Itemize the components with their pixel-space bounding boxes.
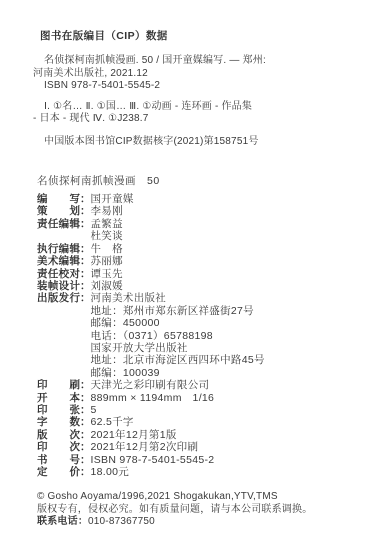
spacer xyxy=(33,126,347,136)
row-value: 谭玉先 xyxy=(91,268,123,280)
row-colon: ： xyxy=(80,292,91,304)
row-label: 编写 xyxy=(37,193,80,205)
row-label: 执行编辑 xyxy=(37,243,80,255)
row-value: 邮编：450000 xyxy=(91,317,160,329)
row-value: 2021年12月第2次印刷 xyxy=(91,441,199,453)
row-value: 孟繁益 xyxy=(91,218,123,230)
row-label: 字数 xyxy=(37,416,80,428)
row-value: 889mm × 1194mm 1/16 xyxy=(91,392,215,404)
row-value: ISBN 978-7-5401-5545-2 xyxy=(91,454,215,466)
row-value: 18.00元 xyxy=(91,466,130,478)
row-value: 62.5千字 xyxy=(91,416,134,428)
contact-line: 联系电话：010-87367750 xyxy=(37,516,375,529)
cip-line: - 日本 - 现代 Ⅳ. ①J238.7 xyxy=(33,113,347,125)
colophon-row: 定价 ： 18.00元 xyxy=(37,466,355,478)
row-colon: ： xyxy=(80,404,91,416)
row-colon: ： xyxy=(80,429,91,441)
row-label: 装帧设计 xyxy=(37,280,80,292)
cip-block: 图书在版编目（CIP）数据 名侦探柯南抓帧漫画. 50 / 国开童媒编写. — … xyxy=(33,30,347,148)
row-value: 5 xyxy=(91,404,97,416)
colophon-row: 书号 ： ISBN 978-7-5401-5545-2 xyxy=(37,454,355,466)
colophon-row: ： 杜笑谈 xyxy=(37,230,355,242)
row-value: 天津光之彩印刷有限公司 xyxy=(91,379,210,391)
row-value: 2021年12月第1版 xyxy=(91,429,177,441)
row-label: 印次 xyxy=(37,441,80,453)
row-label: 版次 xyxy=(37,429,80,441)
row-colon: ： xyxy=(80,379,91,391)
row-colon: ： xyxy=(80,205,91,217)
colophon-row: 印次 ： 2021年12月第2次印刷 xyxy=(37,441,355,453)
colophon-row: ： 邮编：100039 xyxy=(37,367,355,379)
colophon-row: 编写 ： 国开童媒 xyxy=(37,193,355,205)
colophon-row: 开本 ： 889mm × 1194mm 1/16 xyxy=(37,392,355,404)
row-colon: ： xyxy=(80,441,91,453)
row-label: 美术编辑 xyxy=(37,255,80,267)
row-value: 电话：（0371）65788198 xyxy=(91,330,213,342)
row-label: 策划 xyxy=(37,205,80,217)
row-colon: ： xyxy=(80,280,91,292)
row-colon: ： xyxy=(80,392,91,404)
colophon-row: 执行编辑 ： 牛 格 xyxy=(37,243,355,255)
row-value: 刘淑媛 xyxy=(91,280,123,292)
row-value: 牛 格 xyxy=(91,243,123,255)
colophon-row: 印刷 ： 天津光之彩印刷有限公司 xyxy=(37,379,355,391)
book-title: 名侦探柯南抓帧漫画 50 xyxy=(37,175,355,187)
colophon-row: 美术编辑 ： 苏丽娜 xyxy=(37,255,355,267)
colophon-row: 印张 ： 5 xyxy=(37,404,355,416)
colophon-rows: 编写 ： 国开童媒 策划 ： 李易刚 责任编辑 ： 孟繁益 ： 杜笑谈 执行编辑… xyxy=(37,193,355,478)
row-value: 邮编：100039 xyxy=(91,367,160,379)
row-colon: ： xyxy=(80,243,91,255)
colophon-row: 装帧设计 ： 刘淑媛 xyxy=(37,280,355,292)
row-value: 杜笑谈 xyxy=(91,230,123,242)
row-label: 出版发行 xyxy=(37,292,80,304)
row-label: 印刷 xyxy=(37,379,80,391)
colophon-row: ： 电话：（0371）65788198 xyxy=(37,330,355,342)
copyright-line: © Gosho Aoyama/1996,2021 Shogakukan,YTV,… xyxy=(37,491,375,504)
notice-line: 版权专有，侵权必究。如有质量问题，请与本公司联系调换。 xyxy=(37,504,375,517)
colophon-row: 责任校对 ： 谭玉先 xyxy=(37,268,355,280)
row-colon: ： xyxy=(80,193,91,205)
row-colon: ： xyxy=(80,454,91,466)
row-colon: ： xyxy=(80,268,91,280)
copyright-page: 图书在版编目（CIP）数据 名侦探柯南抓帧漫画. 50 / 国开童媒编写. — … xyxy=(0,0,375,529)
row-colon: ： xyxy=(80,255,91,267)
row-label: 印张 xyxy=(37,404,80,416)
colophon-row: 版次 ： 2021年12月第1版 xyxy=(37,429,355,441)
colophon-row: 出版发行 ： 河南美术出版社 xyxy=(37,292,355,304)
row-value: 李易刚 xyxy=(91,205,123,217)
row-value: 地址：北京市海淀区西四环中路45号 xyxy=(91,354,265,366)
colophon-block: 名侦探柯南抓帧漫画 50 编写 ： 国开童媒 策划 ： 李易刚 责任编辑 ： 孟… xyxy=(37,175,355,478)
spacer xyxy=(33,92,347,101)
colophon-row: ： 国家开放大学出版社 xyxy=(37,342,355,354)
contact-number: 010-87367750 xyxy=(88,516,155,527)
footer-block: © Gosho Aoyama/1996,2021 Shogakukan,YTV,… xyxy=(37,491,375,529)
row-value: 河南美术出版社 xyxy=(91,292,167,304)
row-colon: ： xyxy=(80,466,91,478)
row-colon: ： xyxy=(80,416,91,428)
row-value: 苏丽娜 xyxy=(91,255,123,267)
row-value: 地址：郑州市郑东新区祥盛街27号 xyxy=(91,305,254,317)
cip-line: Ⅰ. ①名… Ⅱ. ①国… Ⅲ. ①动画 - 连环画 - 作品集 xyxy=(33,101,347,113)
colophon-row: ： 地址：北京市海淀区西四环中路45号 xyxy=(37,354,355,366)
row-label: 开本 xyxy=(37,392,80,404)
cip-header: 图书在版编目（CIP）数据 xyxy=(40,30,347,42)
cip-line: ISBN 978-7-5401-5545-2 xyxy=(33,80,347,92)
colophon-row: ： 地址：郑州市郑东新区祥盛街27号 xyxy=(37,305,355,317)
row-value: 国家开放大学出版社 xyxy=(91,342,188,354)
row-label: 责任校对 xyxy=(37,268,80,280)
contact-label: 联系电话 xyxy=(37,516,78,527)
cip-catalog-number: 中国版本图书馆CIP数据核字(2021)第158751号 xyxy=(33,136,347,148)
row-label: 责任编辑 xyxy=(37,218,80,230)
contact-colon: ： xyxy=(78,516,88,527)
row-colon: ： xyxy=(80,218,91,230)
colophon-row: 责任编辑 ： 孟繁益 xyxy=(37,218,355,230)
row-label: 书号 xyxy=(37,454,80,466)
row-label: 定价 xyxy=(37,466,80,478)
colophon-row: ： 邮编：450000 xyxy=(37,317,355,329)
colophon-row: 字数 ： 62.5千字 xyxy=(37,416,355,428)
colophon-row: 策划 ： 李易刚 xyxy=(37,205,355,217)
cip-line: 名侦探柯南抓帧漫画. 50 / 国开童媒编写. — 郑州: xyxy=(33,55,347,67)
row-value: 国开童媒 xyxy=(91,193,134,205)
cip-line: 河南美术出版社, 2021.12 xyxy=(33,68,347,80)
